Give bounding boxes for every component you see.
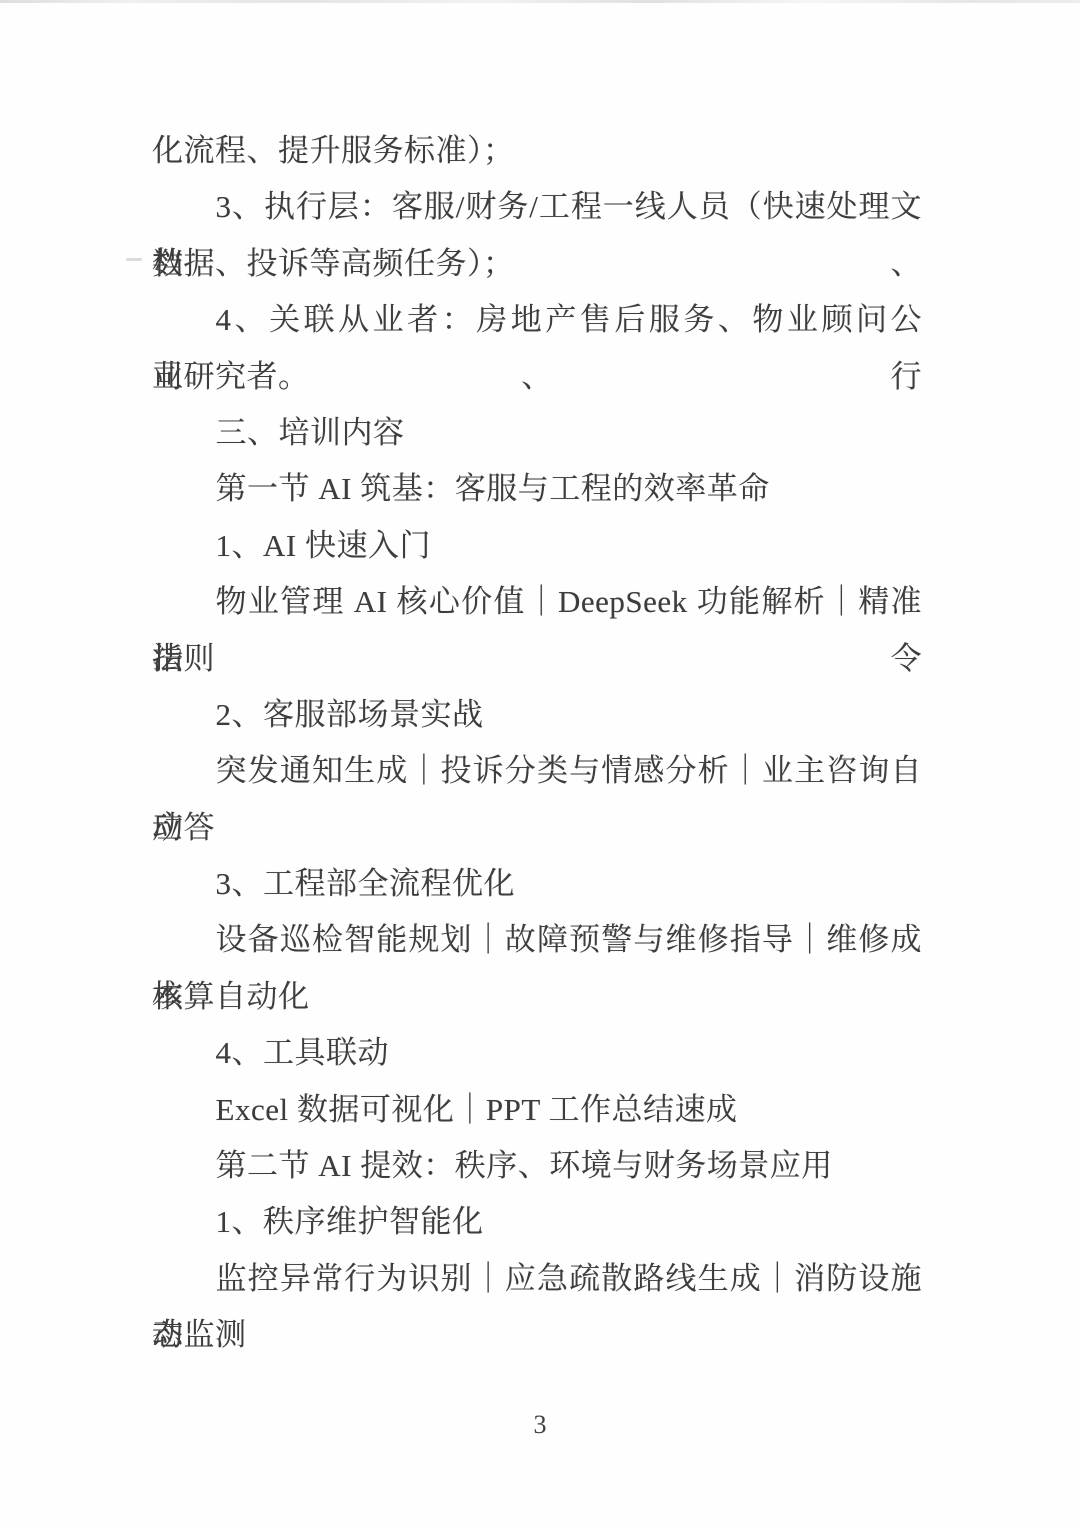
text-line: 突发通知生成｜投诉分类与情感分析｜业主咨询自动 [152, 743, 922, 799]
text-line: 应答 [152, 800, 922, 856]
text-line: 3、工程部全流程优化 [152, 856, 922, 912]
text-line: 4、关联从业者：房地产售后服务、物业顾问公司、行 [152, 292, 922, 348]
text-line: 3、执行层：客服/财务/工程一线人员（快速处理文档、 [152, 179, 922, 235]
document-page: 化流程、提升服务标准）；3、执行层：客服/财务/工程一线人员（快速处理文档、数据… [0, 0, 1080, 1528]
text-line: 监控异常行为识别｜应急疏散路线生成｜消防设施动 [152, 1251, 922, 1307]
text-line: 1、秩序维护智能化 [152, 1194, 922, 1250]
text-line: 第二节 AI 提效：秩序、环境与财务场景应用 [152, 1138, 922, 1194]
text-line: 4、工具联动 [152, 1025, 922, 1081]
scan-edge-artifact [0, 0, 1080, 3]
text-line: 2、客服部场景实战 [152, 687, 922, 743]
text-line: 1、AI 快速入门 [152, 518, 922, 574]
document-body: 化流程、提升服务标准）；3、执行层：客服/财务/工程一线人员（快速处理文档、数据… [152, 123, 922, 1364]
page-number: 3 [0, 1405, 1080, 1445]
text-line: 第一节 AI 筑基：客服与工程的效率革命 [152, 461, 922, 517]
text-line: 化流程、提升服务标准）； [152, 123, 922, 179]
text-line: 物业管理 AI 核心价值｜DeepSeek 功能解析｜精准指令 [152, 574, 922, 630]
text-line: Excel 数据可视化｜PPT 工作总结速成 [152, 1082, 922, 1138]
scan-speck-artifact [126, 258, 142, 261]
text-line: 三、培训内容 [152, 405, 922, 461]
text-line: 核算自动化 [152, 969, 922, 1025]
text-line: 态监测 [152, 1307, 922, 1363]
text-line: 设备巡检智能规划｜故障预警与维修指导｜维修成本 [152, 912, 922, 968]
